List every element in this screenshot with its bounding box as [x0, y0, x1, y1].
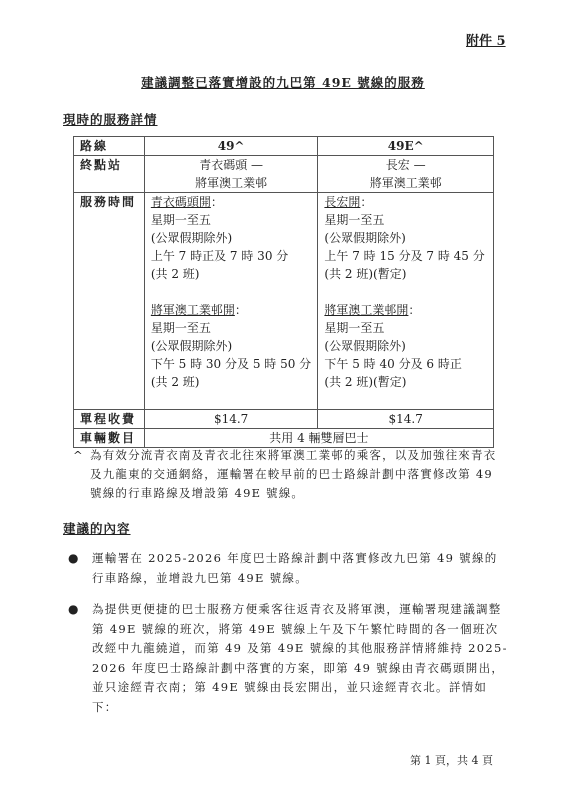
- service-times: 上午 7 時 15 分及 7 時 45 分: [324, 247, 487, 265]
- departure-heading: 長宏開: [324, 195, 360, 209]
- service-exception: (公眾假期除外): [324, 337, 487, 355]
- table-row-route: 路線 49^ 49E^: [74, 137, 494, 156]
- service-days: 星期一至五: [151, 319, 312, 337]
- route-49-cell: 49^: [144, 137, 318, 156]
- document-title: 建議調整已落實增設的九巴第 49E 號線的服務: [0, 73, 566, 91]
- colon: ：: [408, 303, 420, 317]
- terminal-line: 將軍澳工業邨: [151, 174, 312, 192]
- row-label-fare: 單程收費: [74, 410, 145, 429]
- service-times: 下午 5 時 30 分及 5 時 50 分: [151, 355, 312, 373]
- service-trips: (共 2 班): [151, 265, 312, 283]
- service-details-table: 路線 49^ 49E^ 終點站 青衣碼頭 — 將軍澳工業邨 長宏 — 將軍澳工業…: [73, 136, 494, 448]
- terminal-line: 將軍澳工業邨: [324, 174, 487, 192]
- service-trips: (共 2 班)(暫定): [324, 373, 487, 391]
- terminal-line: 長宏 —: [324, 156, 487, 174]
- service-exception: (公眾假期除外): [151, 337, 312, 355]
- service-trips: (共 2 班)(暫定): [324, 265, 487, 283]
- table-row-fare: 單程收費 $14.7 $14.7: [74, 410, 494, 429]
- section-heading-current-service: 現時的服務詳情: [63, 110, 158, 128]
- row-label-terminals: 終點站: [74, 156, 145, 193]
- page-indicator: 第 1 頁，共 4 頁: [410, 752, 493, 768]
- table-row-vehicles: 車輛數目 共用 4 輛雙層巴士: [74, 429, 494, 448]
- service-times: 上午 7 時正及 7 時 30 分: [151, 247, 312, 265]
- departure-heading: 將軍澳工業邨開: [151, 303, 235, 317]
- section-heading-proposal: 建議的內容: [63, 519, 131, 537]
- route-49e-service-hours: 長宏開： 星期一至五 (公眾假期除外) 上午 7 時 15 分及 7 時 45 …: [318, 193, 494, 410]
- route-49-fare: $14.7: [144, 410, 318, 429]
- departure-heading: 將軍澳工業邨開: [324, 303, 408, 317]
- proposal-bullet-2: ● 為提供更便捷的巴士服務方便乘客往返青衣及將軍澳，運輸署現建議調整第 49E …: [68, 600, 508, 717]
- service-days: 星期一至五: [324, 211, 487, 229]
- bullet-text: 運輸署在 2025-2026 年度巴士路線計劃中落實修改九巴第 49 號線的行車…: [92, 549, 508, 588]
- service-trips: (共 2 班): [151, 373, 312, 391]
- service-times: 下午 5 時 40 分及 6 時正: [324, 355, 487, 373]
- table-row-service-hours: 服務時間 青衣碼頭開： 星期一至五 (公眾假期除外) 上午 7 時正及 7 時 …: [74, 193, 494, 410]
- service-days: 星期一至五: [324, 319, 487, 337]
- route-49e-fare: $14.7: [318, 410, 494, 429]
- service-days: 星期一至五: [151, 211, 312, 229]
- colon: ：: [211, 195, 223, 209]
- table-row-terminals: 終點站 青衣碼頭 — 將軍澳工業邨 長宏 — 將軍澳工業邨: [74, 156, 494, 193]
- route-49-terminals: 青衣碼頭 — 將軍澳工業邨: [144, 156, 318, 193]
- proposal-bullet-1: ● 運輸署在 2025-2026 年度巴士路線計劃中落實修改九巴第 49 號線的…: [68, 549, 508, 588]
- bullet-icon: ●: [68, 600, 80, 620]
- bullet-text: 為提供更便捷的巴士服務方便乘客往返青衣及將軍澳，運輸署現建議調整第 49E 號線…: [92, 600, 508, 717]
- footnote-marker: ^: [73, 446, 84, 465]
- row-label-service-hours: 服務時間: [74, 193, 145, 410]
- service-exception: (公眾假期除外): [324, 229, 487, 247]
- row-label-vehicles: 車輛數目: [74, 429, 145, 448]
- route-49-service-hours: 青衣碼頭開： 星期一至五 (公眾假期除外) 上午 7 時正及 7 時 30 分 …: [144, 193, 318, 410]
- table-footnote: ^ 為有效分流青衣南及青衣北往來將軍澳工業邨的乘客，以及加強往來青衣及九龍東的交…: [73, 446, 503, 503]
- terminal-line: 青衣碼頭 —: [151, 156, 312, 174]
- annex-label: 附件 5: [466, 30, 506, 49]
- colon: ：: [360, 195, 372, 209]
- colon: ：: [235, 303, 247, 317]
- departure-heading: 青衣碼頭開: [151, 195, 211, 209]
- row-label-route: 路線: [74, 137, 145, 156]
- route-49e-cell: 49E^: [318, 137, 494, 156]
- route-49e-terminals: 長宏 — 將軍澳工業邨: [318, 156, 494, 193]
- bullet-icon: ●: [68, 549, 80, 569]
- service-exception: (公眾假期除外): [151, 229, 312, 247]
- shared-vehicles-cell: 共用 4 輛雙層巴士: [144, 429, 493, 448]
- footnote-text: 為有效分流青衣南及青衣北往來將軍澳工業邨的乘客，以及加強往來青衣及九龍東的交通網…: [90, 446, 503, 503]
